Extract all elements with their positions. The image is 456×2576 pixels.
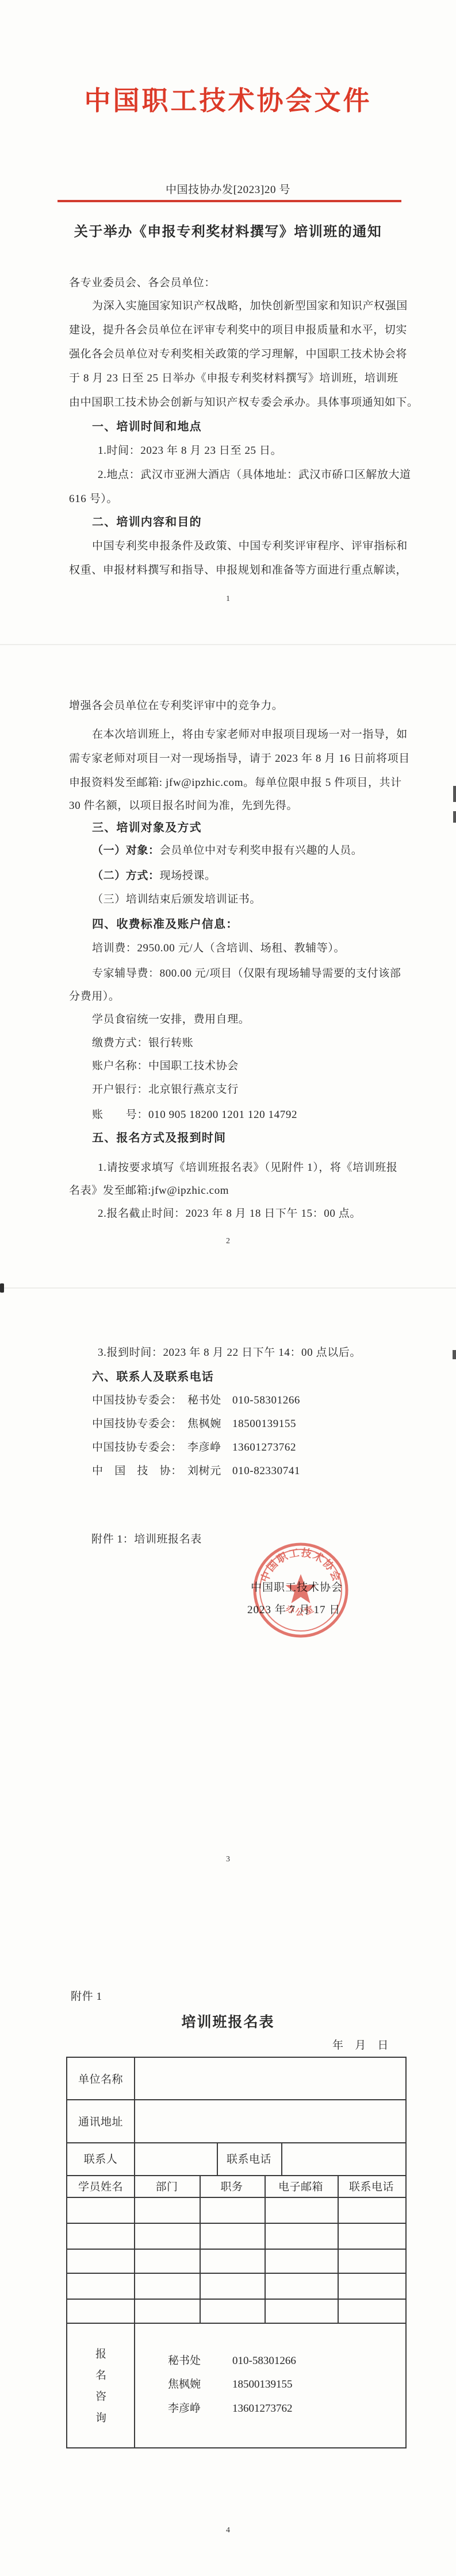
table-line <box>67 2323 405 2324</box>
registration-table: 单位名称 通讯地址 联系人 联系电话 学员姓名 部门 职务 电子邮箱 联系电话 … <box>66 2057 407 2448</box>
section-heading-5: 五、报名方式及报到时间 <box>92 1131 226 1146</box>
section-heading-3: 三、培训对象及方式 <box>92 820 202 835</box>
table-line <box>67 2197 405 2198</box>
section-heading-2: 二、培训内容和目的 <box>92 515 202 530</box>
body-line: 账户名称：中国职工技术协会 <box>92 1059 239 1074</box>
item-label: （二）方式： <box>92 870 160 882</box>
body-line: （三）培训结束后颁发培训证书。 <box>92 892 261 907</box>
table-line <box>67 2142 405 2143</box>
table-label-unit: 单位名称 <box>78 2071 123 2087</box>
table-header-cell: 电子邮箱 <box>278 2178 323 2194</box>
body-line: 建设，提升各会员单位在评审专利奖中的项目申报质量和水平，切实 <box>69 323 407 338</box>
contact-name: 李彦峥 <box>168 2400 232 2415</box>
contact-line: 中国技协专委会：李彦峥13601273762 <box>92 1440 296 1455</box>
contact-org: 中国技协专委会： <box>92 1393 187 1408</box>
body-line: 2.报名截止时间：2023 年 8 月 18 日下午 15：00 点。 <box>98 1206 361 1221</box>
item-label: （一）对象： <box>92 844 160 857</box>
contact-phone: 010-58301266 <box>232 1394 300 1406</box>
table-header-cell: 职务 <box>220 2178 243 2194</box>
contact-phone: 13601273762 <box>232 1441 296 1453</box>
body-line: 权重、申报材料撰写和指导、申报规划和准备等方面进行重点解读， <box>69 563 407 578</box>
contact-org: 中国技协专委会： <box>92 1440 187 1455</box>
contact-name: 秘书处 <box>187 1393 232 1408</box>
table-header-cell: 联系电话 <box>349 2178 394 2194</box>
table-line <box>67 2273 405 2274</box>
contact-line: 中 国 技 协：刘树元010-82330741 <box>92 1464 300 1479</box>
contact-name: 焦枫婉 <box>187 1417 232 1432</box>
attachment-note: 附件 1：培训班报名表 <box>91 1532 202 1547</box>
body-line: 30 件名额，以项目报名时间为准，先到先得。 <box>69 799 298 813</box>
table-line <box>265 2175 266 2323</box>
body-line: 1.时间：2023 年 8 月 23 日至 25 日。 <box>98 444 282 458</box>
page-number-3: 3 <box>0 1852 456 1867</box>
contact-line: 中国技协专委会：焦枫婉18500139155 <box>92 1417 296 1432</box>
table-line <box>200 2175 201 2323</box>
body-line: 为深入实施国家知识产权战略，加快创新型国家和知识产权强国 <box>92 299 408 314</box>
contact-line: 中国技协专委会：秘书处010-58301266 <box>92 1393 300 1408</box>
contact-phone: 18500139155 <box>232 2378 293 2390</box>
body-line: 在本次培训班上，将由专家老师对申报项目现场一对一指导，如 <box>92 727 408 742</box>
body-line: 2.地点：武汉市亚洲大酒店（具体地址：武汉市硚口区解放大道 <box>98 468 411 483</box>
section-heading-6: 六、联系人及联系电话 <box>92 1370 214 1385</box>
table-header-cell: 学员姓名 <box>78 2178 123 2194</box>
scan-artifact <box>453 786 456 802</box>
table-line <box>67 2175 405 2176</box>
body-line: 专家辅导费：800.00 元/项目（仅限有现场辅导需要的支付该部 <box>92 966 401 981</box>
body-line: 由中国职工技术协会创新与知识产权专委会承办。具体事项通知如下。 <box>69 395 419 410</box>
page-title: 关于举办《申报专利奖材料撰写》培训班的通知 <box>0 225 456 240</box>
table-line <box>67 2299 405 2300</box>
masthead: 中国职工技术协会文件 <box>0 84 456 118</box>
body-line: 缴费方式：银行转账 <box>92 1036 193 1051</box>
body-line: 3.报到时间：2023 年 8 月 22 日下午 14：00 点以后。 <box>98 1345 361 1360</box>
contact-phone: 13601273762 <box>232 2403 293 2415</box>
page-separator <box>0 1287 456 1289</box>
scan-artifact <box>0 1283 4 1293</box>
consult-contact-line: 焦枫婉18500139155 <box>168 2376 293 2391</box>
contact-name: 焦枫婉 <box>168 2376 232 2391</box>
page-number-2: 2 <box>0 1234 456 1249</box>
document-scan: 中国职工技术协会文件 中国技协办发[2023]20 号 关于举办《申报专利奖材料… <box>0 0 456 2576</box>
attachment-label: 附件 1 <box>71 1989 102 2004</box>
scan-artifact <box>453 1350 456 1359</box>
page-number-4: 4 <box>0 2523 456 2538</box>
section-heading-1: 一、培训时间和地点 <box>92 419 202 434</box>
table-header-cell: 部门 <box>155 2178 178 2194</box>
body-line: 于 8 月 23 日至 25 日举办《申报专利奖材料撰写》培训班，培训班 <box>69 371 398 386</box>
body-line: 需专家老师对项目一对一现场指导，请于 2023 年 8 月 16 日前将项目 <box>69 751 410 766</box>
table-line <box>338 2175 339 2323</box>
svg-text:办公室: 办公室 <box>284 1603 317 1617</box>
body-line: 增强各会员单位在专利奖评审中的竞争力。 <box>69 699 283 714</box>
page-number-1: 1 <box>0 592 456 607</box>
contact-name: 秘书处 <box>168 2352 232 2367</box>
body-line: （一）对象：会员单位中对专利奖申报有兴趣的人员。 <box>92 843 362 858</box>
contact-org: 中国技协专委会： <box>92 1417 187 1432</box>
body-line: 分费用）。 <box>69 989 120 1004</box>
body-line: 1.请按要求填写《培训班报名表》（见附件 1），将《培训班报 <box>98 1160 398 1175</box>
body-line: 名表》发至邮箱:jfw@ipzhic.com <box>69 1183 229 1198</box>
seal-bottom-text: 办公室 <box>284 1603 317 1617</box>
body-line: 申报资料发至邮箱: jfw@ipzhic.com。每单位限申报 5 件项目，共计 <box>69 776 402 790</box>
table-line <box>67 2223 405 2224</box>
body-line: 强化各会员单位对专利奖相关政策的学习理解，中国职工技术协会将 <box>69 347 407 362</box>
table-line <box>67 2099 405 2100</box>
body-line: 开户银行：北京银行燕京支行 <box>92 1082 239 1097</box>
contact-phone: 010-82330741 <box>232 1465 300 1477</box>
red-divider <box>58 200 401 202</box>
contact-name: 刘树元 <box>187 1464 232 1479</box>
contact-phone: 18500139155 <box>232 1418 296 1430</box>
official-seal: 中国职工技术协会 办公室 <box>252 1541 350 1639</box>
table-label-phone: 联系电话 <box>227 2151 271 2166</box>
body-line: 培训费：2950.00 元/人（含培训、场租、教辅等）。 <box>92 941 345 956</box>
body-line: （二）方式：现场授课。 <box>92 869 216 884</box>
body-line: 中国专利奖申报条件及政策、中国专利奖评审程序、评审指标和 <box>92 539 408 554</box>
seal-star-icon <box>285 1574 316 1603</box>
section-heading-4: 四、收费标准及账户信息： <box>92 917 238 932</box>
table-label-contact: 联系人 <box>84 2151 118 2166</box>
table-line <box>281 2142 282 2175</box>
salutation: 各专业委员会、各会员单位： <box>69 276 216 291</box>
item-text: 会员单位中对专利奖申报有兴趣的人员。 <box>160 844 363 857</box>
table-line <box>67 2249 405 2250</box>
item-text: 现场授课。 <box>160 870 216 882</box>
table-label-address: 通讯地址 <box>78 2114 123 2129</box>
body-line: 账 号：010 905 18200 1201 120 14792 <box>92 1108 297 1123</box>
attachment-title: 培训班报名表 <box>0 2015 456 2030</box>
consult-contact-line: 李彦峥13601273762 <box>168 2400 293 2415</box>
contact-phone: 010-58301266 <box>232 2355 296 2367</box>
consult-contact-line: 秘书处010-58301266 <box>168 2352 296 2367</box>
table-line <box>217 2142 218 2175</box>
body-line: 616 号）。 <box>69 492 118 507</box>
page-separator <box>0 644 456 645</box>
contact-org: 中 国 技 协： <box>92 1464 187 1479</box>
table-line <box>134 2058 135 2447</box>
contact-name: 李彦峥 <box>187 1440 232 1455</box>
scan-artifact <box>453 811 456 823</box>
body-line: 学员食宿统一安排，费用自理。 <box>92 1012 250 1027</box>
date-blank-line: 年 月 日 <box>332 2038 389 2053</box>
table-label-consult: 报名咨询 <box>92 2348 108 2433</box>
doc-number: 中国技协办发[2023]20 号 <box>0 183 456 198</box>
